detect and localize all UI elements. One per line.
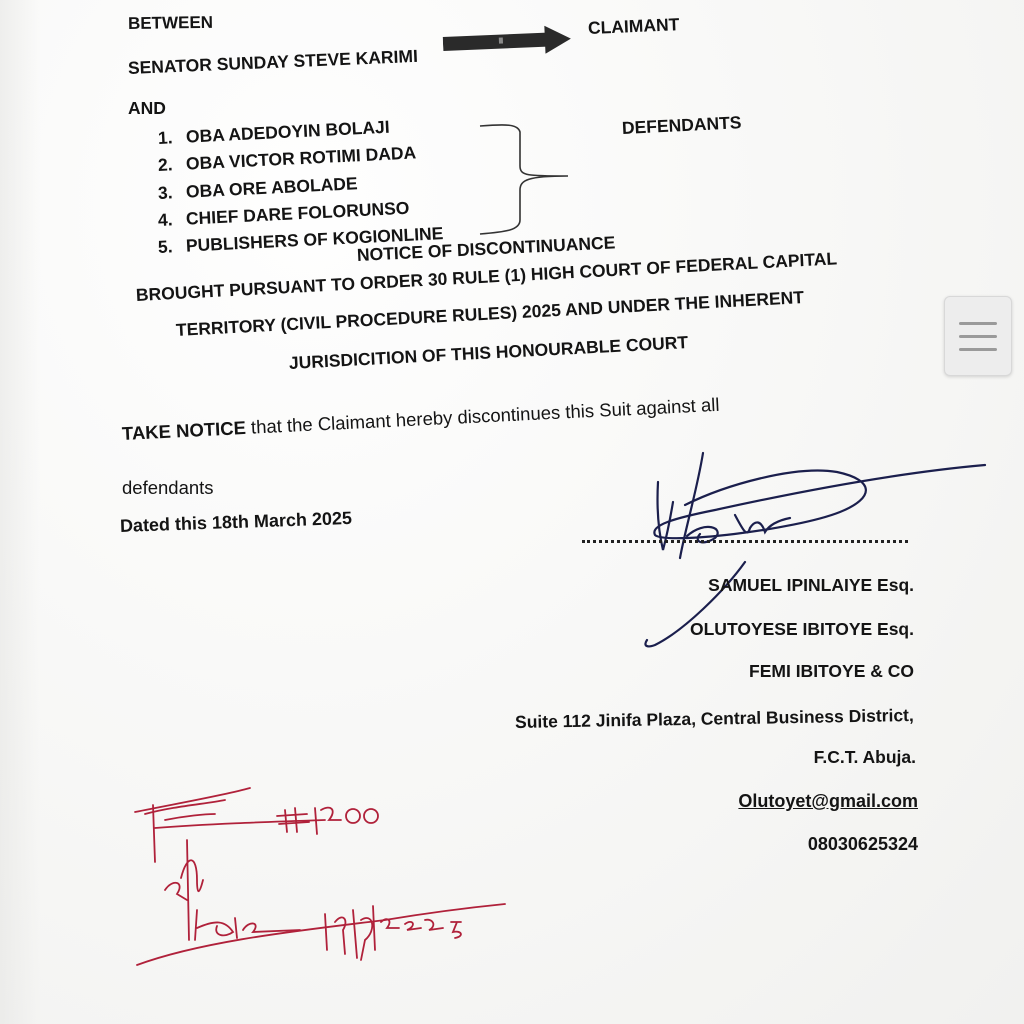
defendant-number: 5. — [157, 236, 186, 258]
defendant-number: 4. — [157, 209, 186, 231]
defendant-number: 3. — [157, 182, 186, 204]
filing-stamp-handwriting — [125, 770, 525, 970]
defendant-number: 2. — [157, 154, 186, 176]
page-shadow — [0, 0, 40, 1024]
defendant-number: 1. — [157, 127, 186, 149]
between-label: BETWEEN — [128, 13, 213, 34]
phone-number: 08030625324 — [808, 834, 918, 855]
email-link[interactable]: Olutoyet@gmail.com — [738, 791, 918, 812]
address-line: F.C.T. Abuja. — [814, 747, 916, 768]
firm-name: FEMI IBITOYE & CO — [749, 661, 914, 682]
curly-brace-icon — [476, 120, 576, 245]
claimant-label: CLAIMANT — [588, 14, 680, 39]
notice-body-continuation: defendants — [122, 477, 214, 499]
hamburger-menu-button[interactable] — [944, 296, 1012, 376]
arrow-right-icon — [442, 25, 571, 58]
and-label: AND — [128, 98, 166, 119]
counsel-name: SAMUEL IPINLAIYE Esq. — [708, 575, 914, 596]
signature-line — [582, 540, 908, 543]
counsel-name: OLUTOYESE IBITOYE Esq. — [690, 619, 914, 640]
